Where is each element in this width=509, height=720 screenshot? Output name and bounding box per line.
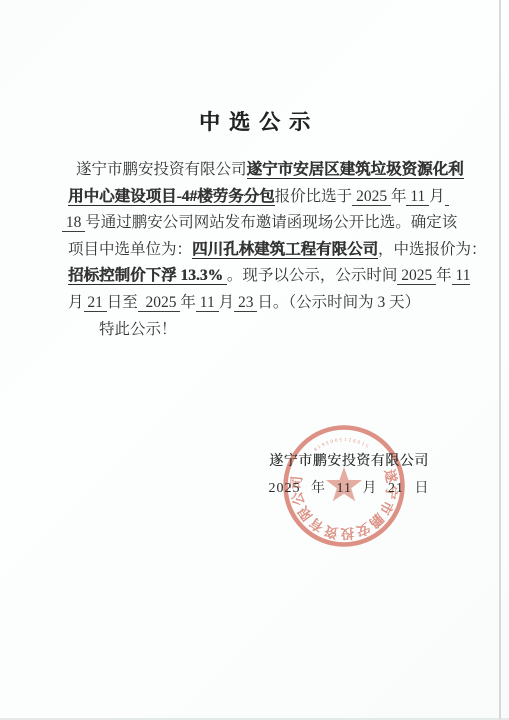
svg-text:投: 投 xyxy=(340,525,355,542)
text-run: 11 xyxy=(406,188,429,206)
svg-text:有: 有 xyxy=(306,514,327,535)
svg-text:3: 3 xyxy=(324,439,329,445)
text-run: 号通过鹏安公司网站发布邀请函现场公开比选。确定该 xyxy=(85,214,457,231)
text-run: 2025 xyxy=(138,294,181,312)
text-run: 遂宁市安居区建筑垃圾资源化利 xyxy=(247,161,464,179)
svg-text:鹏: 鹏 xyxy=(366,511,387,532)
text-run: 特此公示！ xyxy=(99,321,177,338)
body-line: 招标控制价下浮 13.3% 。现予以公示，公示时间 2025 年 11 xyxy=(68,263,452,290)
text-run: 月 xyxy=(219,294,235,311)
text-run: 11 xyxy=(196,294,219,312)
page-title: 中选公示 xyxy=(0,106,509,136)
svg-text:1: 1 xyxy=(361,440,366,446)
text-run: 18 xyxy=(62,214,85,232)
text-run: 日。（公示时间为 3 天） xyxy=(257,294,420,311)
text-run xyxy=(445,188,449,206)
body-line: 项目中选单位为：四川孔林建筑工程有限公司，中选报价为： xyxy=(68,237,452,264)
signature-date: 2025 年 11 月 21 日 xyxy=(249,479,449,499)
text-run: 招标控制价下浮 13.3% xyxy=(68,267,227,285)
svg-text:限: 限 xyxy=(295,503,315,523)
svg-text:6: 6 xyxy=(320,441,325,447)
svg-text:2: 2 xyxy=(348,436,352,441)
text-run: 月 xyxy=(429,188,445,205)
text-run: 年 xyxy=(436,267,452,284)
body-line: 月 21 日至 2025 年 11 月 23 日。（公示时间为 3 天） xyxy=(68,290,452,317)
signature-block: 遂宁市鹏安投资有限公司 2025 年 11 月 21 日 xyxy=(249,452,449,499)
text-run: 。现予以公示，公示时间 xyxy=(227,267,398,284)
svg-text:0: 0 xyxy=(329,437,333,443)
text-run: 日至 xyxy=(107,294,138,311)
body-line: 特此公示！ xyxy=(99,317,452,344)
signature-company: 遂宁市鹏安投资有限公司 xyxy=(249,452,449,472)
text-run: 报价比选于 xyxy=(275,188,353,205)
svg-text:5: 5 xyxy=(339,436,342,441)
svg-text:市: 市 xyxy=(376,498,397,518)
svg-text:1: 1 xyxy=(344,436,347,441)
body-line: 用中心建设项目-4#楼劳务分包报价比选于 2025 年 11 月 xyxy=(68,184,452,211)
text-run: 2025 xyxy=(397,267,436,285)
text-run: 月 xyxy=(68,294,84,311)
text-run: 11 xyxy=(452,267,471,285)
svg-text:安: 安 xyxy=(353,520,372,540)
text-run: 21 xyxy=(84,294,107,312)
text-run: 年 xyxy=(180,294,196,311)
svg-text:0: 0 xyxy=(334,436,338,441)
text-run: 2025 xyxy=(352,188,391,206)
svg-text:资: 资 xyxy=(322,523,340,542)
text-run: 项目中选单位为： xyxy=(68,241,192,258)
body-line: 遂宁市鹏安投资有限公司遂宁市安居区建筑垃圾资源化利 xyxy=(76,157,452,184)
text-run: ，中选报价为： xyxy=(378,241,487,258)
svg-text:5: 5 xyxy=(365,442,370,448)
body-line: 18 号通过鹏安公司网站发布邀请函现场公开比选。确定该 xyxy=(62,210,452,237)
svg-text:0: 0 xyxy=(357,438,361,444)
text-run: 遂宁市鹏安投资有限公司 xyxy=(76,161,247,178)
text-run: 23 xyxy=(234,294,257,312)
document-page: 中选公示 遂宁市鹏安投资有限公司遂宁市安居区建筑垃圾资源化利用中心建设项目-4#… xyxy=(0,0,509,720)
text-run: 年 xyxy=(391,188,407,205)
svg-text:9: 9 xyxy=(352,437,356,443)
text-run: 用中心建设项目-4#楼劳务分包 xyxy=(68,188,275,206)
svg-text:8: 8 xyxy=(312,446,317,452)
text-run: 四川孔林建筑工程有限公司 xyxy=(192,241,378,259)
body-paragraph: 遂宁市鹏安投资有限公司遂宁市安居区建筑垃圾资源化利用中心建设项目-4#楼劳务分包… xyxy=(68,157,452,343)
svg-text:1: 1 xyxy=(316,443,321,449)
